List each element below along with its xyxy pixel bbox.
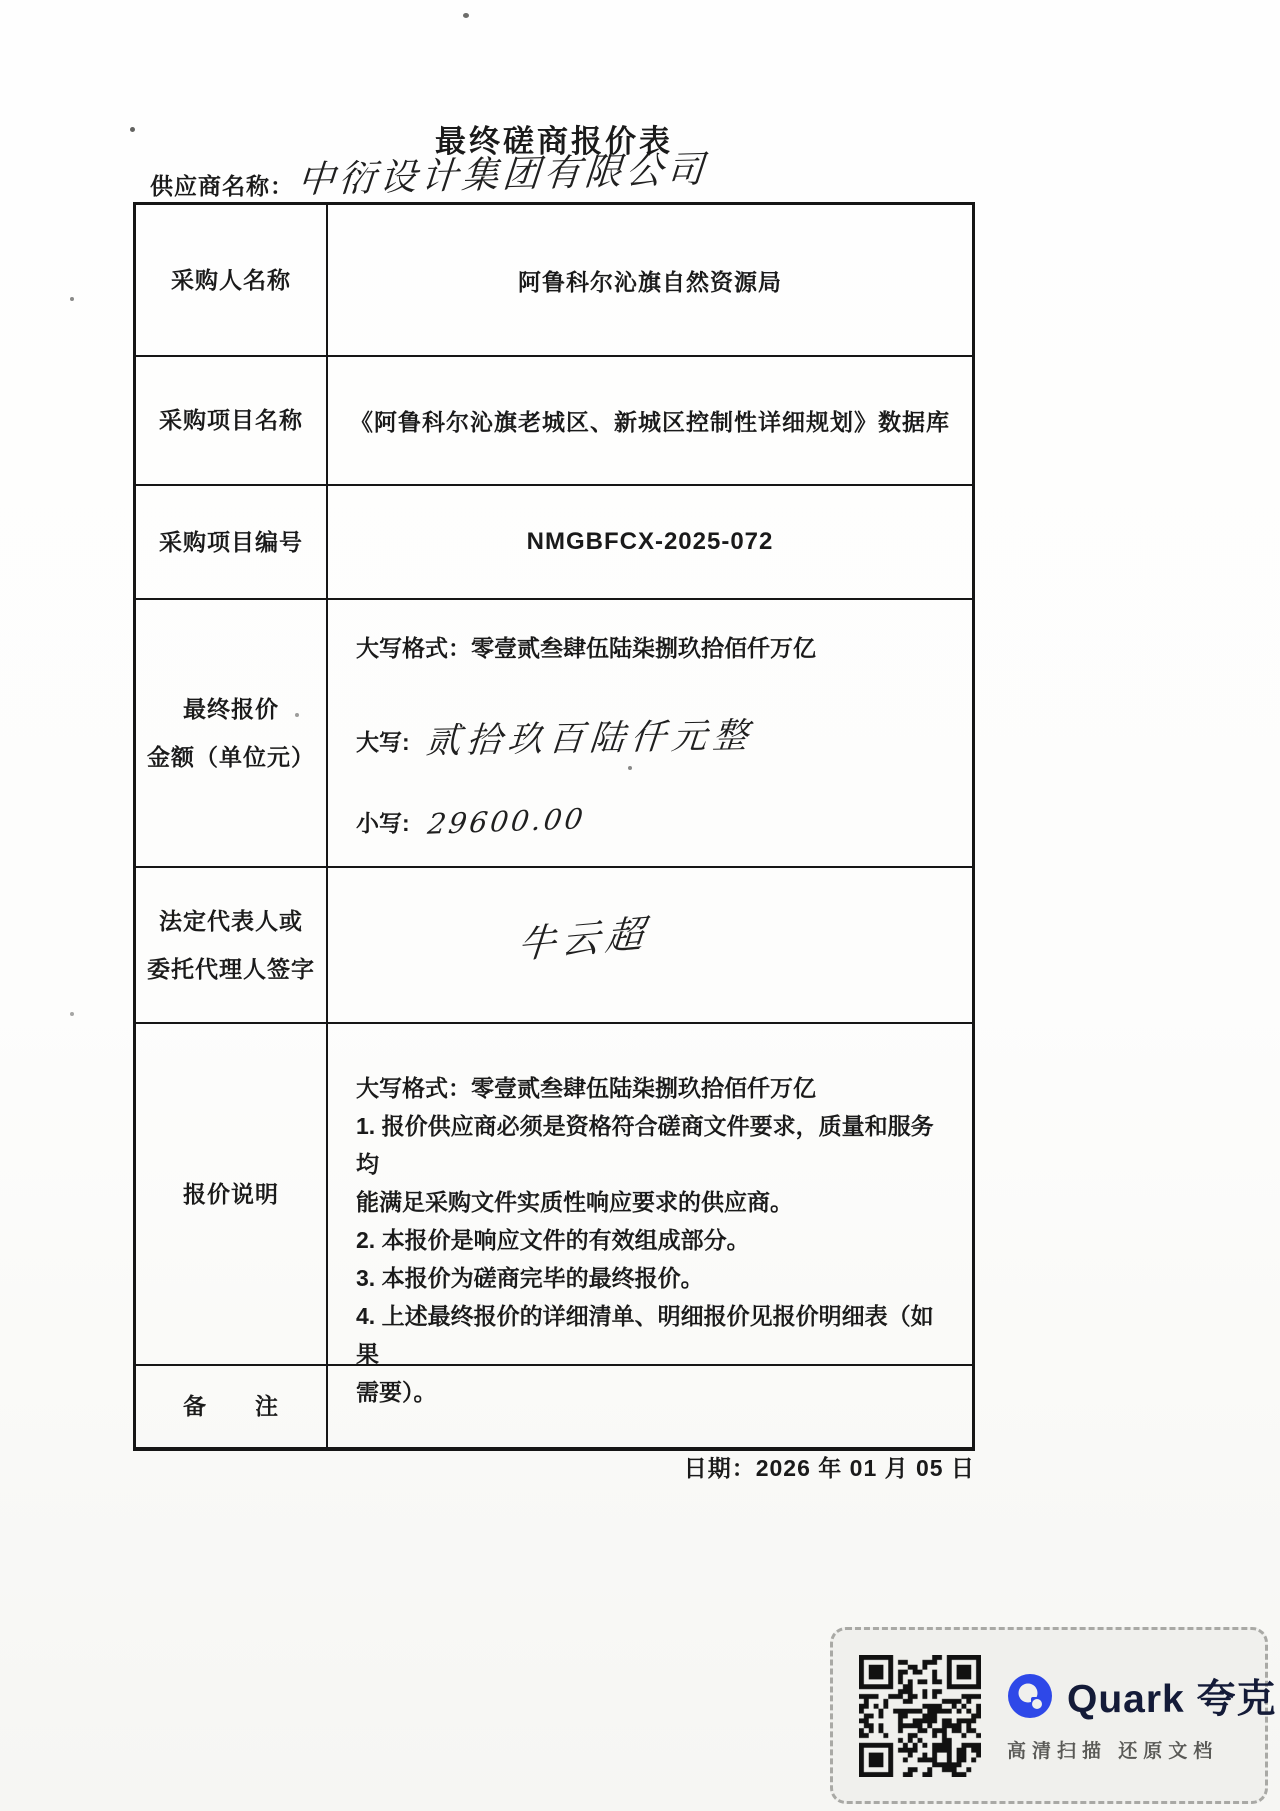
table-row-project-no: 采购项目编号 NMGBFCX-2025-072 [136, 484, 972, 598]
small-amount-label: 小写: [356, 805, 410, 838]
scan-speck [130, 127, 135, 132]
capital-amount-handwritten: 贰拾玖百陆仟元整 [424, 708, 756, 764]
brand-tagline: 高清扫描 还原文档 [1007, 1736, 1277, 1763]
scan-speck [508, 1190, 512, 1194]
scan-speck [295, 713, 299, 717]
quote-notes-line: 能满足采购文件实质性响应要求的供应商。 [356, 1183, 952, 1221]
supplier-name-label: 供应商名称： [150, 168, 294, 201]
purchaser-value: 阿鲁科尔沁旗自然资源局 [328, 205, 972, 355]
capital-amount-line: 大写: 贰拾玖百陆仟元整 [356, 711, 972, 761]
final-price-cell: 大写格式：零壹贰叁肆伍陆柒捌玖拾佰仟万亿 大写: 贰拾玖百陆仟元整 小写: 29… [328, 600, 972, 866]
row-label: 法定代表人或 委托代理人签字 [136, 868, 328, 1022]
row-label-line1: 法定代表人或 [159, 897, 303, 945]
date-line: 日期：2026 年 01 月 05 日 [133, 1450, 975, 1483]
quote-notes-line: 3. 本报价为磋商完毕的最终报价。 [356, 1259, 952, 1297]
qr-code [859, 1655, 981, 1777]
row-label: 最终报价 金额（单位元） [136, 600, 328, 866]
quote-notes-text: 大写格式：零壹贰叁肆伍陆柒捌玖拾佰仟万亿 1. 报价供应商必须是资格符合磋商文件… [328, 1024, 972, 1411]
quote-notes-cell: 大写格式：零壹贰叁肆伍陆柒捌玖拾佰仟万亿 1. 报价供应商必须是资格符合磋商文件… [328, 1024, 972, 1364]
brand-name: Quark 夸克 [1067, 1668, 1277, 1724]
quote-notes-line: 4. 上述最终报价的详细清单、明细报价见报价明细表（如果 [356, 1297, 952, 1373]
row-label: 报价说明 [136, 1024, 328, 1364]
small-amount-handwritten: 29600.00 [425, 802, 587, 841]
quote-notes-line: 1. 报价供应商必须是资格符合磋商文件要求，质量和服务均 [356, 1107, 952, 1183]
scan-speck [628, 766, 632, 770]
row-label-line2: 委托代理人签字 [147, 945, 315, 993]
table-row-final-price: 最终报价 金额（单位元） 大写格式：零壹贰叁肆伍陆柒捌玖拾佰仟万亿 大写: 贰拾… [136, 598, 972, 866]
row-label-line2: 金额（单位元） [147, 733, 315, 781]
project-name-value: 《阿鲁科尔沁旗老城区、新城区控制性详细规划》数据库 [328, 357, 972, 484]
row-label: 采购人名称 [136, 205, 328, 355]
scan-speck [463, 13, 469, 18]
quote-notes-line: 2. 本报价是响应文件的有效组成部分。 [356, 1221, 952, 1259]
watermark-text-block: Quark 夸克 高清扫描 还原文档 [1007, 1668, 1277, 1763]
quark-scan-watermark: Quark 夸克 高清扫描 还原文档 [830, 1627, 1268, 1804]
remarks-value [328, 1366, 972, 1447]
brand-row: Quark 夸克 [1007, 1668, 1277, 1724]
row-label-line1: 最终报价 [183, 685, 279, 733]
project-no-value: NMGBFCX-2025-072 [328, 486, 972, 598]
supplier-name-handwritten: 中衍设计集团有限公司 [296, 139, 710, 204]
row-label: 采购项目名称 [136, 357, 328, 484]
table-row-quote-notes: 报价说明 大写格式：零壹贰叁肆伍陆柒捌玖拾佰仟万亿 1. 报价供应商必须是资格符… [136, 1022, 972, 1364]
scanned-document-page: 最终磋商报价表 供应商名称： 中衍设计集团有限公司 采购人名称 阿鲁科尔沁旗自然… [0, 0, 1280, 1811]
small-amount-line: 小写: 29600.00 [356, 805, 972, 838]
table-row-signature: 法定代表人或 委托代理人签字 牛云超 [136, 866, 972, 1022]
row-label: 采购项目编号 [136, 486, 328, 598]
table-row-purchaser: 采购人名称 阿鲁科尔沁旗自然资源局 [136, 205, 972, 355]
scan-speck [70, 1012, 74, 1016]
table-row-project-name: 采购项目名称 《阿鲁科尔沁旗老城区、新城区控制性详细规划》数据库 [136, 355, 972, 484]
quotation-table: 采购人名称 阿鲁科尔沁旗自然资源局 采购项目名称 《阿鲁科尔沁旗老城区、新城区控… [133, 202, 975, 1451]
signature-cell: 牛云超 [328, 868, 972, 1022]
signature-handwritten: 牛云超 [516, 902, 652, 969]
table-row-remarks: 备 注 [136, 1364, 972, 1447]
capital-format-note: 大写格式：零壹贰叁肆伍陆柒捌玖拾佰仟万亿 [356, 630, 972, 663]
quote-notes-line: 大写格式：零壹贰叁肆伍陆柒捌玖拾佰仟万亿 [356, 1069, 952, 1107]
scan-speck [70, 297, 74, 301]
quark-logo-icon [1007, 1673, 1053, 1719]
capital-amount-label: 大写: [356, 724, 410, 757]
row-label: 备 注 [136, 1366, 328, 1447]
